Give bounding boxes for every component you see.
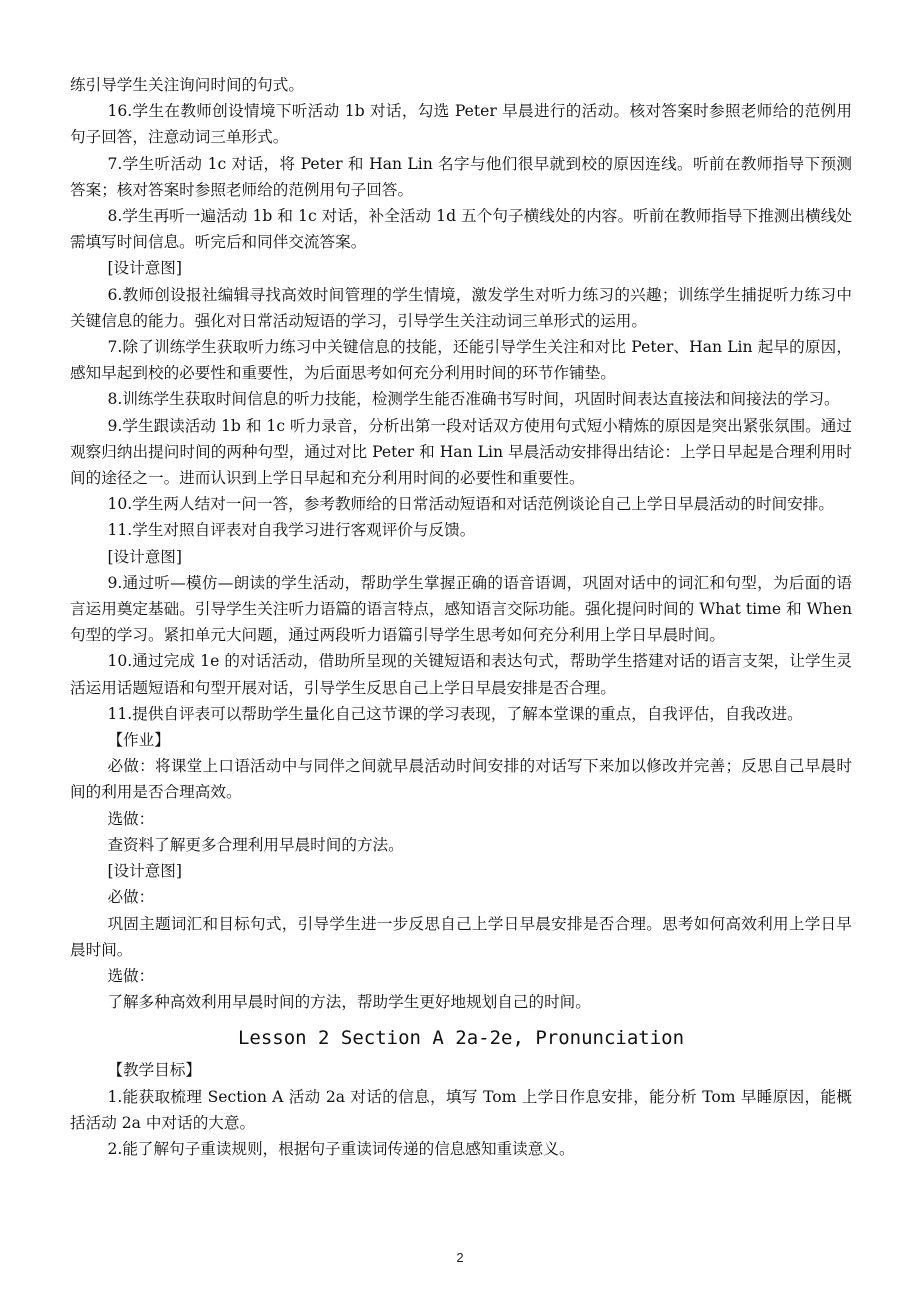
paragraph: 10.通过完成 1e 的对话活动，借助所呈现的关键短语和表达句式，帮助学生搭建对… — [70, 648, 852, 700]
paragraph: 选做： — [70, 963, 852, 989]
paragraph: 9.通过听—模仿—朗读的学生活动，帮助学生掌握正确的语音语调，巩固对话中的词汇和… — [70, 570, 852, 649]
paragraph: 巩固主题词汇和目标句式，引导学生进一步反思自己上学日早晨安排是否合理。思考如何高… — [70, 911, 852, 963]
paragraph: 1.能获取梳理 Section A 活动 2a 对话的信息，填写 Tom 上学日… — [70, 1084, 852, 1136]
paragraph: 练引导学生关注询问时间的句式。 — [70, 72, 852, 98]
paragraph: 9.学生跟读活动 1b 和 1c 听力录音，分析出第一段对话双方使用句式短小精炼… — [70, 413, 852, 492]
page-number: 2 — [0, 1250, 920, 1265]
paragraph: [设计意图] — [70, 858, 852, 884]
paragraph: 了解多种高效利用早晨时间的方法，帮助学生更好地规划自己的时间。 — [70, 989, 852, 1015]
paragraph: 7.除了训练学生获取听力练习中关键信息的技能，还能引导学生关注和对比 Peter… — [70, 334, 852, 386]
paragraph: 6.教师创设报社编辑寻找高效时间管理的学生情境，激发学生对听力练习的兴趣；训练学… — [70, 282, 852, 334]
paragraph: 【作业】 — [70, 727, 852, 753]
paragraph: 11.学生对照自评表对自我学习进行客观评价与反馈。 — [70, 517, 852, 543]
paragraph: 【教学目标】 — [70, 1057, 852, 1083]
lesson-1-continuation: 练引导学生关注询问时间的句式。16.学生在教师创设情境下听活动 1b 对话，勾选… — [70, 72, 852, 1015]
paragraph: 8.训练学生获取时间信息的听力技能，检测学生能否准确书写时间，巩固时间表达直接法… — [70, 386, 852, 412]
paragraph: 必做：将课堂上口语活动中与同伴之间就早晨活动时间安排的对话写下来加以修改并完善；… — [70, 753, 852, 805]
paragraph: [设计意图] — [70, 544, 852, 570]
lesson-2-objectives: 【教学目标】1.能获取梳理 Section A 活动 2a 对话的信息，填写 T… — [70, 1057, 852, 1162]
paragraph: [设计意图] — [70, 255, 852, 281]
paragraph: 选做： — [70, 806, 852, 832]
document-page: 练引导学生关注询问时间的句式。16.学生在教师创设情境下听活动 1b 对话，勾选… — [70, 72, 852, 1162]
paragraph: 8.学生再听一遍活动 1b 和 1c 对话，补全活动 1d 五个句子横线处的内容… — [70, 203, 852, 255]
paragraph: 2.能了解句子重读规则，根据句子重读词传递的信息感知重读意义。 — [70, 1136, 852, 1162]
paragraph: 11.提供自评表可以帮助学生量化自己这节课的学习表现，了解本堂课的重点，自我评估… — [70, 701, 852, 727]
paragraph: 查资料了解更多合理利用早晨时间的方法。 — [70, 832, 852, 858]
paragraph: 7.学生听活动 1c 对话，将 Peter 和 Han Lin 名字与他们很早就… — [70, 151, 852, 203]
lesson-title: Lesson 2 Section A 2a-2e, Pronunciation — [70, 1023, 852, 1053]
paragraph: 10.学生两人结对一问一答，参考教师给的日常活动短语和对话范例谈论自己上学日早晨… — [70, 491, 852, 517]
paragraph: 16.学生在教师创设情境下听活动 1b 对话，勾选 Peter 早晨进行的活动。… — [70, 98, 852, 150]
paragraph: 必做： — [70, 884, 852, 910]
